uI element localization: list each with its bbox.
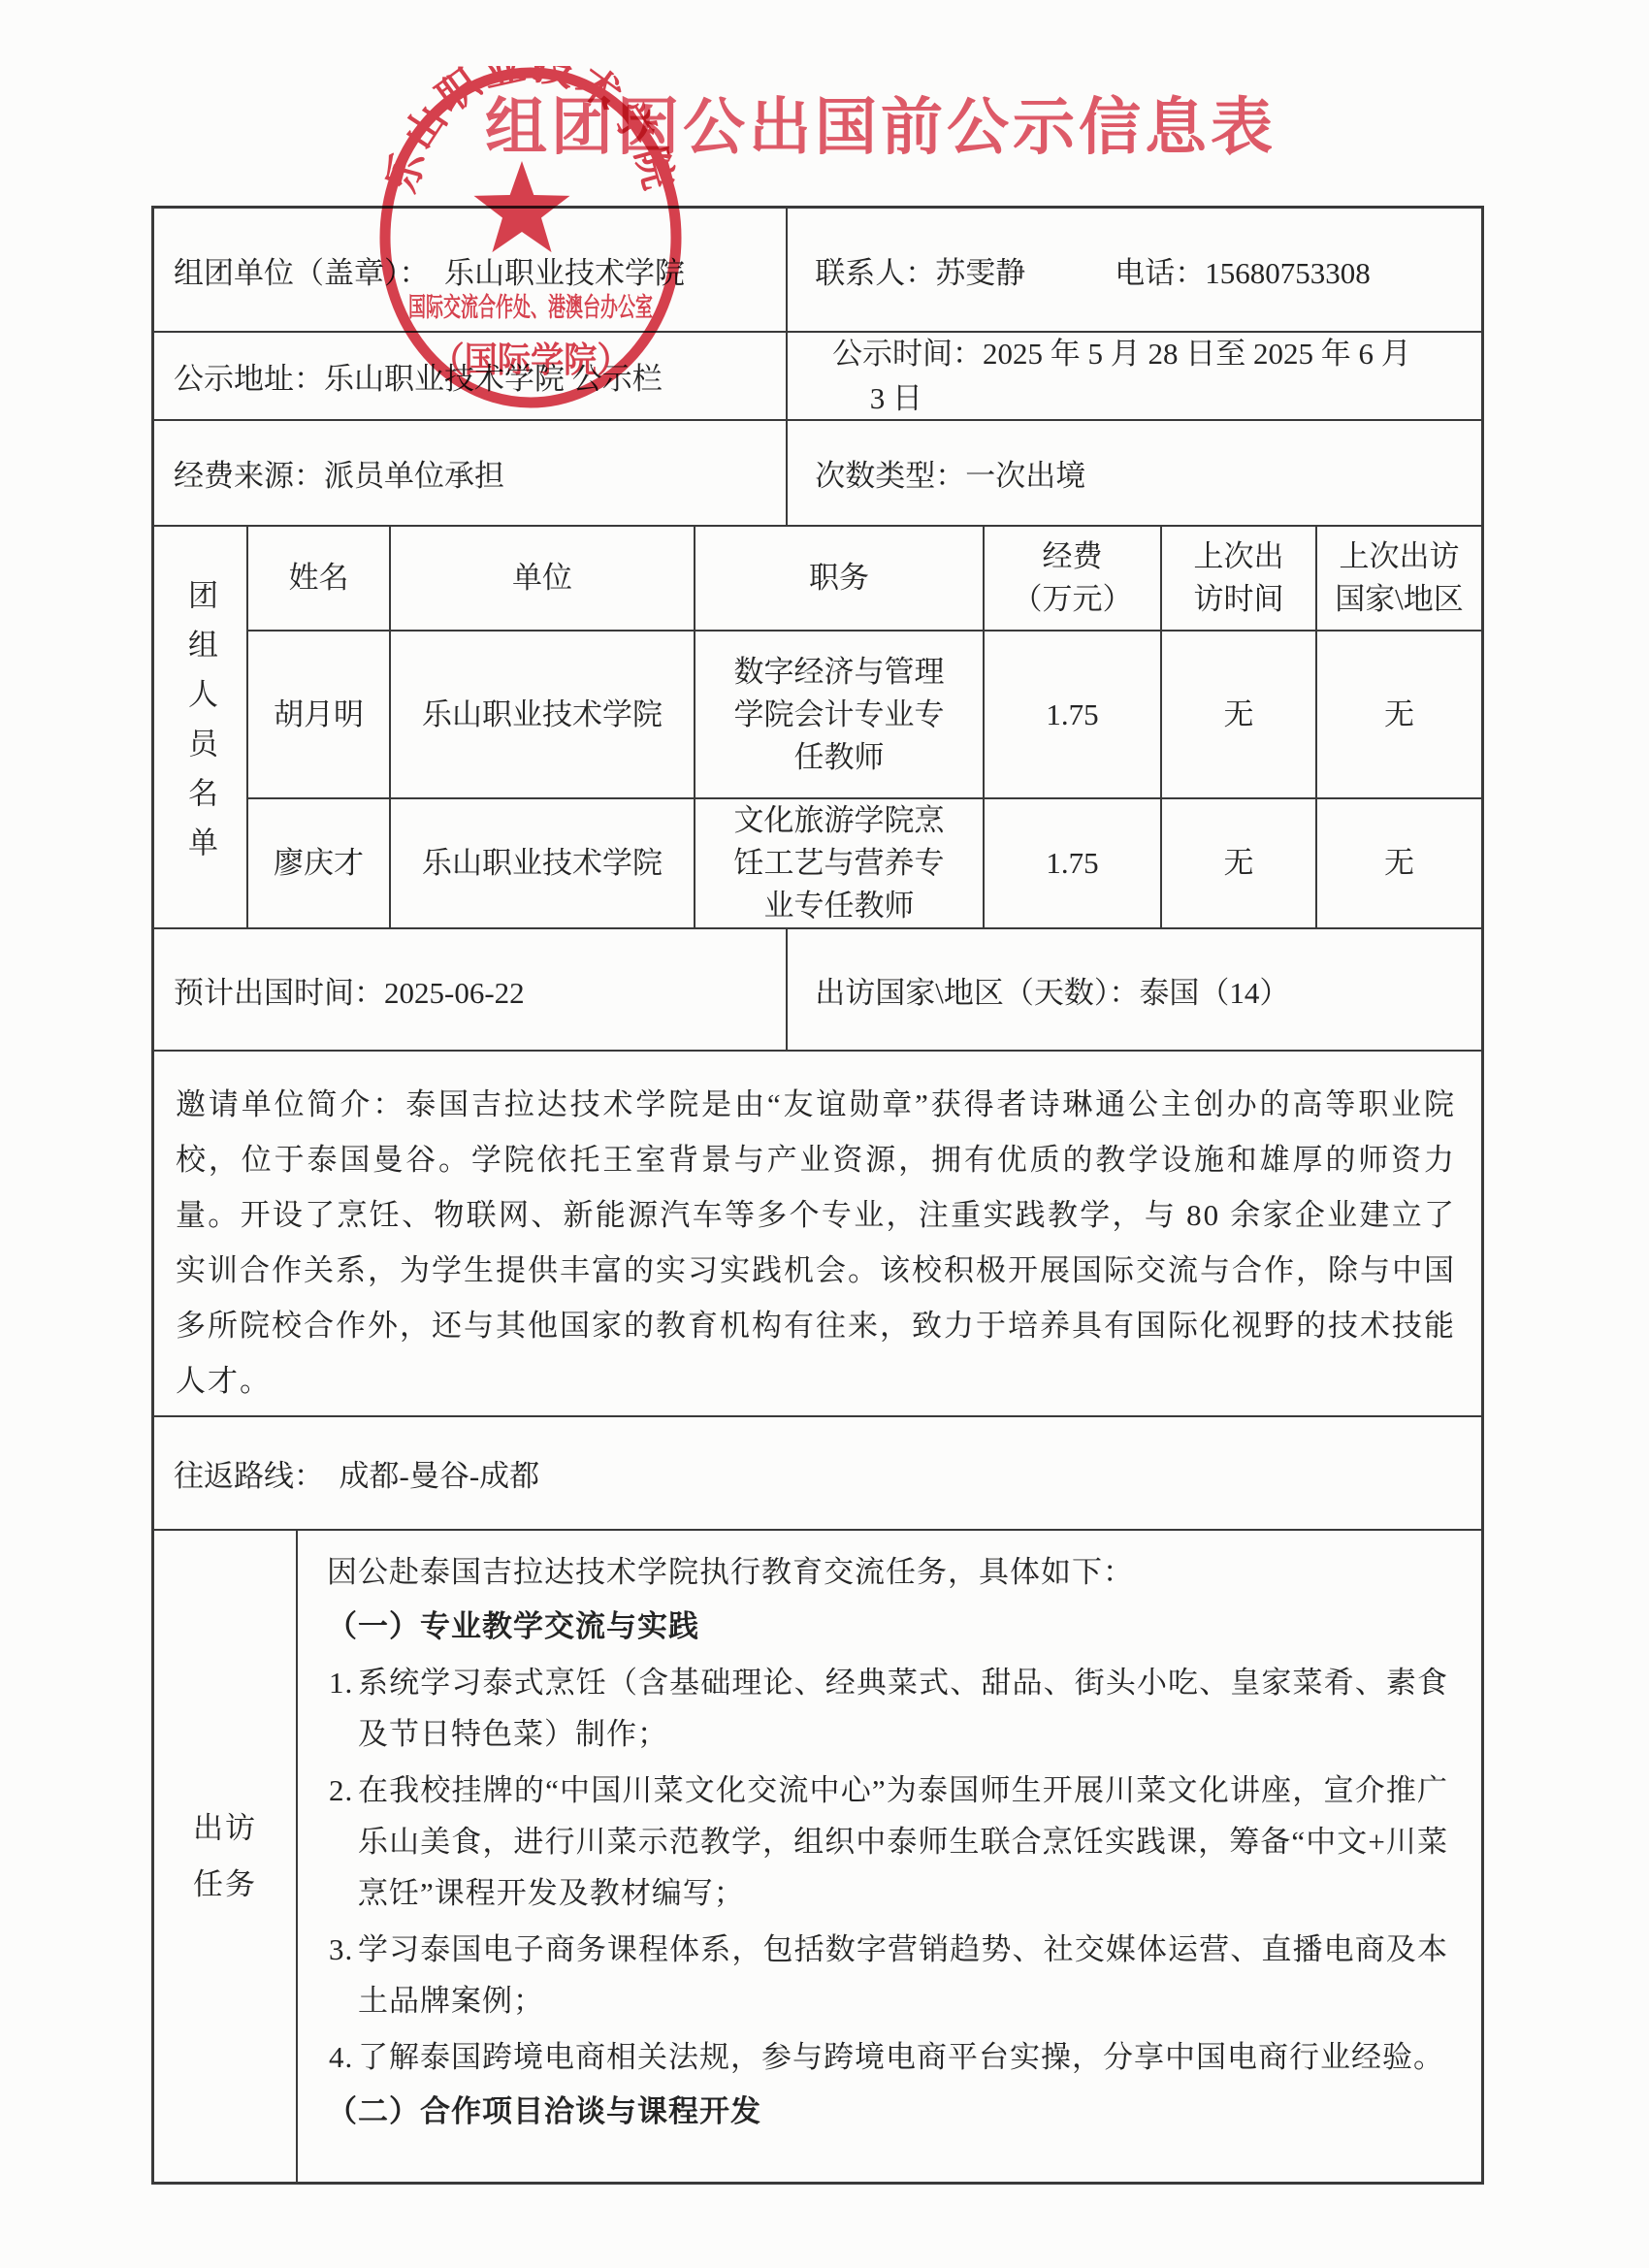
header-unit: 单位 bbox=[389, 527, 694, 630]
route: 往返路线： 成都-曼谷-成都 bbox=[154, 1417, 1481, 1529]
contact-phone: 电话：15680753308 bbox=[1115, 248, 1371, 292]
personnel-side-label-cell: 团组人员名单 bbox=[154, 527, 246, 927]
tasks-section-1: （一）专业教学交流与实践 bbox=[311, 1601, 1452, 1652]
header-name: 姓名 bbox=[248, 527, 389, 630]
person-title: 文化旅游学院烹 饪工艺与营养专 业专任教师 bbox=[694, 799, 983, 927]
row-publicity: 公示地址：乐山职业技术学院 公示栏 公示时间：2025 年 5 月 28 日至 … bbox=[154, 331, 1481, 419]
row-departure: 预计出国时间：2025-06-22 出访国家\地区（天数）：泰国（14） bbox=[154, 927, 1481, 1050]
task-item-text: 在我校挂牌的“中国川菜文化交流中心”为泰国师生开展川菜文化讲座，宣介推广乐山美食… bbox=[358, 1765, 1452, 1919]
funding-source: 经费来源：派员单位承担 bbox=[154, 421, 786, 525]
task-item: 4. 了解泰国跨境电商相关法规，参与跨境电商平台实操，分享中国电商行业经验。 bbox=[311, 2031, 1452, 2083]
tasks-side-label: 出访 任务 bbox=[193, 1800, 257, 1913]
page-title: 组团因公出国前公示信息表 bbox=[161, 78, 1600, 167]
invitation-intro: 邀请单位简介：泰国吉拉达技术学院是由“友谊勋章”获得者诗琳通公主创办的高等职业院… bbox=[154, 1052, 1481, 1409]
person-fee: 1.75 bbox=[983, 799, 1160, 927]
task-item-text: 系统学习泰式烹饪（含基础理论、经典菜式、甜品、街头小吃、皇家菜肴、素食及节日特色… bbox=[358, 1657, 1452, 1760]
info-table: 组团单位（盖章）： 乐山职业技术学院 联系人：苏雯静 电话：1568075330… bbox=[151, 206, 1484, 2185]
tasks-side-label-cell: 出访 任务 bbox=[154, 1531, 296, 2182]
destination: 出访国家\地区（天数）：泰国（14） bbox=[788, 968, 1481, 1012]
task-item-number: 3. bbox=[311, 1924, 358, 2026]
person-last-time: 无 bbox=[1160, 632, 1315, 797]
task-item-text: 学习泰国电子商务课程体系，包括数字营销趋势、社交媒体运营、直播电商及本土品牌案例… bbox=[358, 1924, 1452, 2026]
person-fee: 1.75 bbox=[983, 632, 1160, 797]
personnel-row-2: 廖庆才 乐山职业技术学院 文化旅游学院烹 饪工艺与营养专 业专任教师 1.75 … bbox=[248, 797, 1481, 927]
person-name: 胡月明 bbox=[248, 632, 389, 797]
person-last-time: 无 bbox=[1160, 799, 1315, 927]
document-page: 组团因公出国前公示信息表 乐山职业技术学院 国际交流合作处、港澳台办公室 （国际… bbox=[0, 0, 1649, 2268]
header-last-country: 上次出访 国家\地区 bbox=[1315, 527, 1481, 630]
personnel-header-row: 姓名 单位 职务 经费 （万元） 上次出 访时间 上次出访 国家\地区 bbox=[248, 527, 1481, 630]
tasks-content: 因公赴泰国吉拉达技术学院执行教育交流任务，具体如下： （一）专业教学交流与实践 … bbox=[296, 1531, 1481, 2182]
publicity-address: 公示地址：乐山职业技术学院 公示栏 bbox=[154, 333, 786, 419]
header-title: 职务 bbox=[694, 527, 983, 630]
contact-cell: 联系人：苏雯静 电话：15680753308 bbox=[786, 209, 1481, 331]
organizer-cell: 组团单位（盖章）： 乐山职业技术学院 bbox=[154, 209, 786, 331]
tasks-intro: 因公赴泰国吉拉达技术学院执行教育交流任务，具体如下： bbox=[311, 1546, 1452, 1598]
personnel-row-1: 胡月明 乐山职业技术学院 数字经济与管理 学院会计专业专 任教师 1.75 无 … bbox=[248, 630, 1481, 797]
task-item-number: 2. bbox=[311, 1765, 358, 1919]
personnel-table: 姓名 单位 职务 经费 （万元） 上次出 访时间 上次出访 国家\地区 胡月明 … bbox=[246, 527, 1481, 927]
task-item: 3. 学习泰国电子商务课程体系，包括数字营销趋势、社交媒体运营、直播电商及本土品… bbox=[311, 1924, 1452, 2026]
destination-cell: 出访国家\地区（天数）：泰国（14） bbox=[786, 929, 1481, 1050]
departure-date: 预计出国时间：2025-06-22 bbox=[154, 929, 786, 1050]
person-name: 廖庆才 bbox=[248, 799, 389, 927]
task-item-number: 4. bbox=[311, 2031, 358, 2083]
task-item-number: 1. bbox=[311, 1657, 358, 1760]
personnel-section: 团组人员名单 姓名 单位 职务 经费 （万元） 上次出 访时间 上次出访 国家\… bbox=[154, 525, 1481, 927]
row-route: 往返路线： 成都-曼谷-成都 bbox=[154, 1415, 1481, 1529]
contact-person: 联系人：苏雯静 bbox=[815, 248, 1025, 292]
trip-type: 次数类型：一次出境 bbox=[788, 451, 1481, 495]
person-last-country: 无 bbox=[1315, 632, 1481, 797]
task-item-text: 了解泰国跨境电商相关法规，参与跨境电商平台实操，分享中国电商行业经验。 bbox=[358, 2031, 1452, 2083]
row-tasks: 出访 任务 因公赴泰国吉拉达技术学院执行教育交流任务，具体如下： （一）专业教学… bbox=[154, 1529, 1481, 2182]
trip-type-cell: 次数类型：一次出境 bbox=[786, 421, 1481, 525]
task-item: 2. 在我校挂牌的“中国川菜文化交流中心”为泰国师生开展川菜文化讲座，宣介推广乐… bbox=[311, 1765, 1452, 1919]
person-unit: 乐山职业技术学院 bbox=[389, 632, 694, 797]
header-last-time: 上次出 访时间 bbox=[1160, 527, 1315, 630]
row-funding: 经费来源：派员单位承担 次数类型：一次出境 bbox=[154, 419, 1481, 525]
row-invitation: 邀请单位简介：泰国吉拉达技术学院是由“友谊勋章”获得者诗琳通公主创办的高等职业院… bbox=[154, 1050, 1481, 1415]
person-last-country: 无 bbox=[1315, 799, 1481, 927]
header-fee: 经费 （万元） bbox=[983, 527, 1160, 630]
publicity-time: 公示时间：2025 年 5 月 28 日至 2025 年 6 月 3 日 bbox=[786, 333, 1481, 419]
task-item: 1. 系统学习泰式烹饪（含基础理论、经典菜式、甜品、街头小吃、皇家菜肴、素食及节… bbox=[311, 1657, 1452, 1760]
personnel-side-label: 团组人员名单 bbox=[154, 579, 246, 876]
person-unit: 乐山职业技术学院 bbox=[389, 799, 694, 927]
person-title: 数字经济与管理 学院会计专业专 任教师 bbox=[694, 632, 983, 797]
tasks-section-2: （二）合作项目洽谈与课程开发 bbox=[311, 2086, 1452, 2137]
row-organizer: 组团单位（盖章）： 乐山职业技术学院 联系人：苏雯静 电话：1568075330… bbox=[154, 209, 1481, 331]
